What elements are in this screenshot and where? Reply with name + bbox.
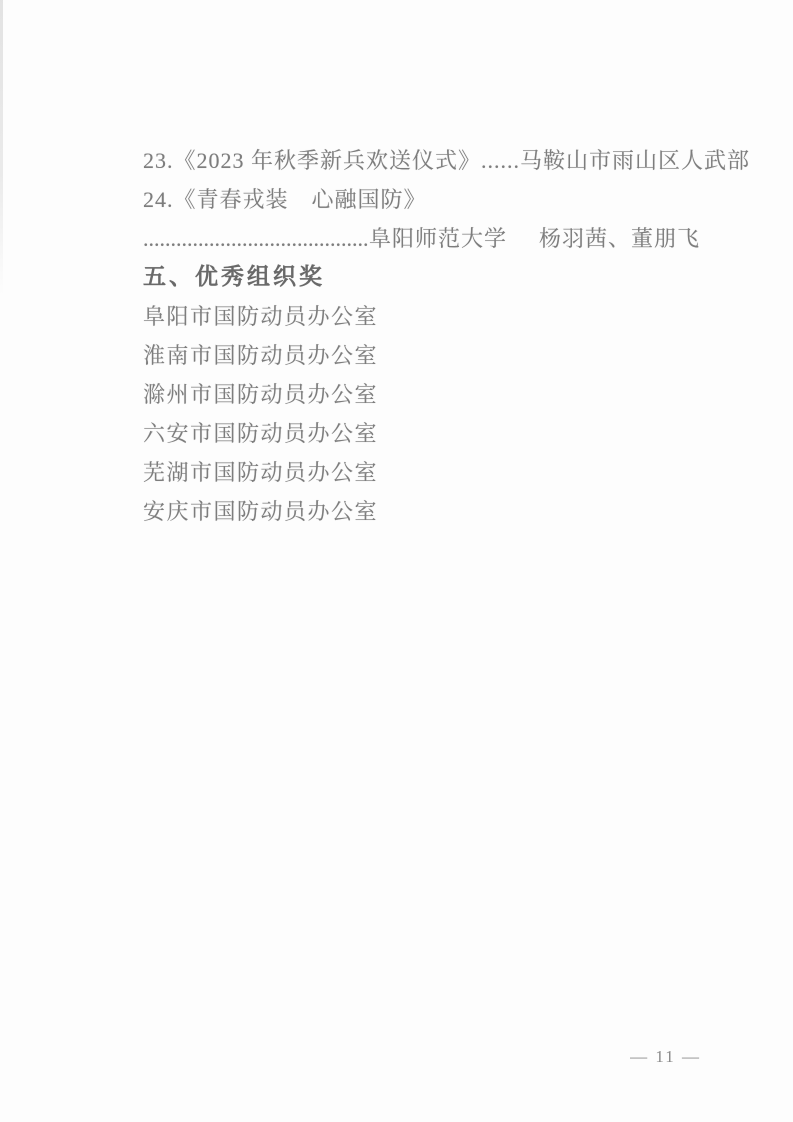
document-content: 23.《2023 年秋季新兵欢送仪式》......马鞍山市雨山区人武部 24.《… bbox=[143, 141, 703, 531]
entry-23-title: 23.《2023 年秋季新兵欢送仪式》 bbox=[143, 148, 481, 173]
organization-item: 六安市国防动员办公室 bbox=[143, 414, 703, 453]
attribution-school: 阜阳师范大学 bbox=[369, 219, 507, 258]
entry-24-title: 24.《青春戎装 心融国防》 bbox=[143, 187, 427, 212]
attribution-names: 杨羽茜、董朋飞 bbox=[539, 219, 700, 258]
organization-item: 芜湖市国防动员办公室 bbox=[143, 453, 703, 492]
organization-item: 淮南市国防动员办公室 bbox=[143, 336, 703, 375]
entry-23-credit: 马鞍山市雨山区人武部 bbox=[520, 148, 750, 173]
scan-edge-artifact bbox=[0, 0, 3, 295]
attribution-dot-leader: ........................................… bbox=[143, 219, 369, 258]
organization-item: 滁州市国防动员办公室 bbox=[143, 375, 703, 414]
entry-23-dot-leader: ...... bbox=[481, 148, 520, 173]
entry-24-attribution: ........................................… bbox=[143, 219, 700, 258]
page-number: — 11 — bbox=[630, 1047, 701, 1067]
organization-item: 阜阳市国防动员办公室 bbox=[143, 297, 703, 336]
section-heading: 五、优秀组织奖 bbox=[143, 258, 703, 297]
entry-24: 24.《青春戎装 心融国防》 bbox=[143, 180, 703, 219]
document-page: 23.《2023 年秋季新兵欢送仪式》......马鞍山市雨山区人武部 24.《… bbox=[0, 0, 793, 1122]
organization-item: 安庆市国防动员办公室 bbox=[143, 492, 703, 531]
entry-23: 23.《2023 年秋季新兵欢送仪式》......马鞍山市雨山区人武部 bbox=[143, 141, 703, 180]
